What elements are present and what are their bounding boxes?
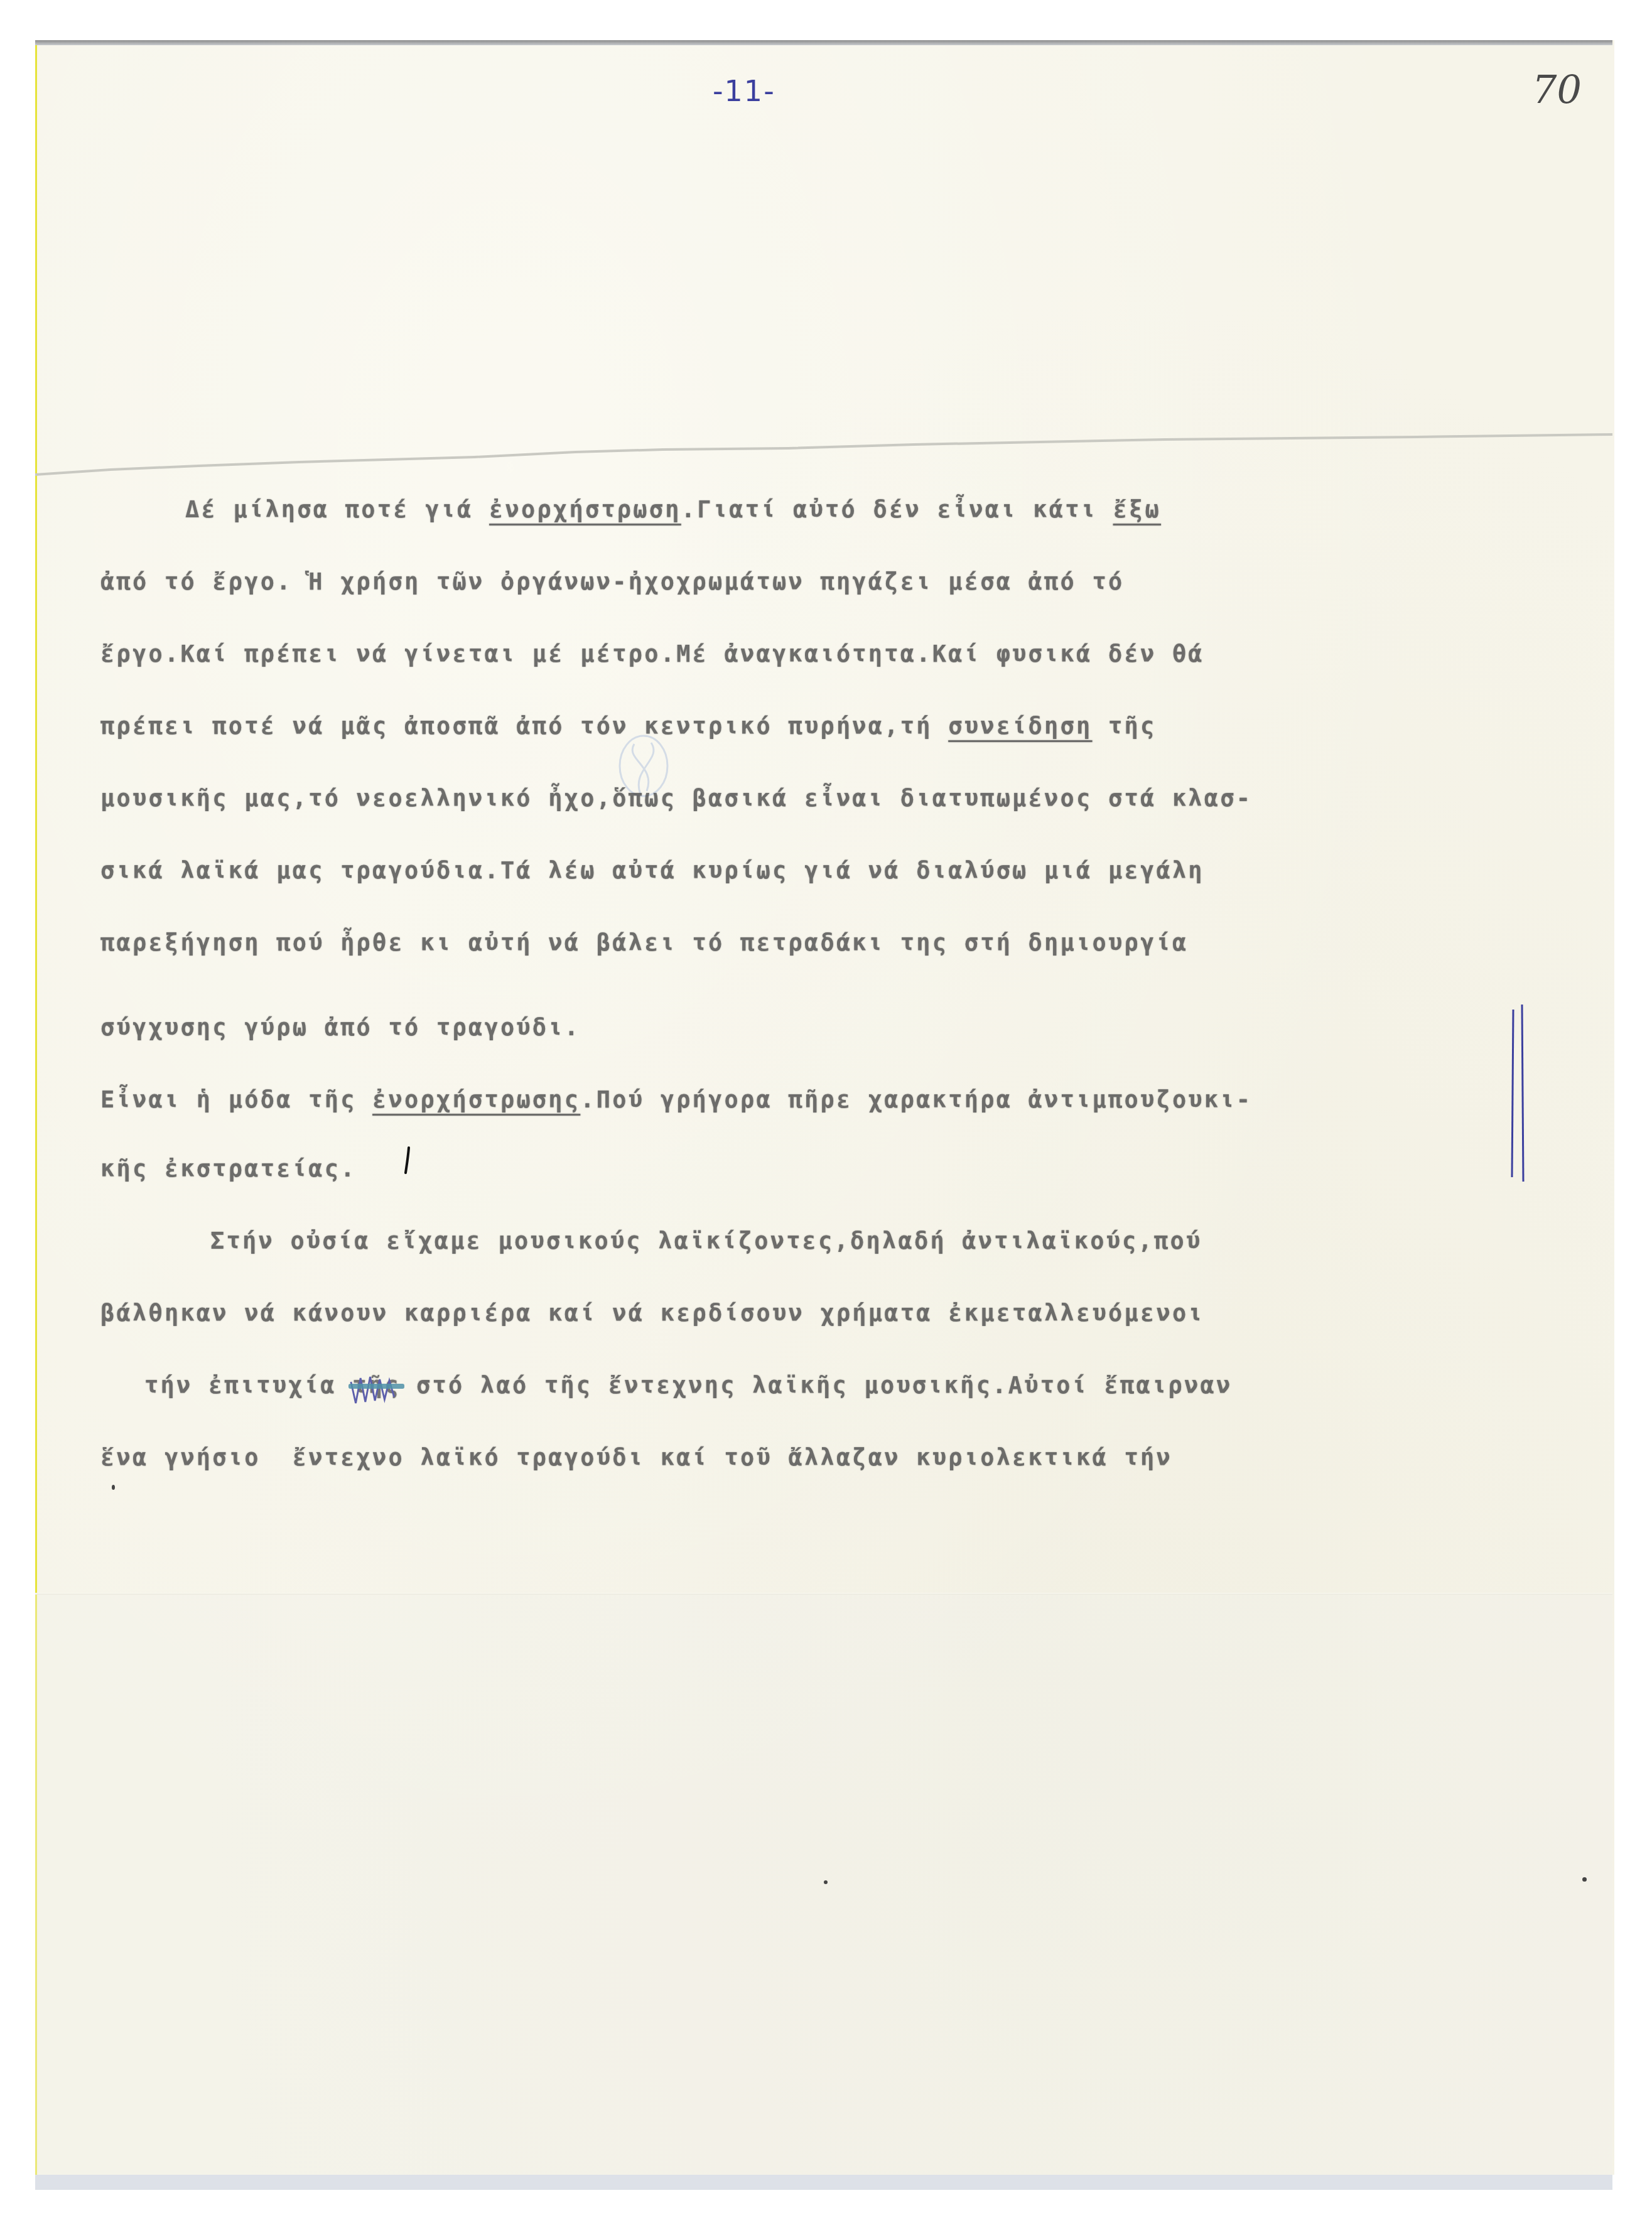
text-segment: τήν ἐπιτυχία <box>144 1372 352 1399</box>
underlined-word: ἐνορχήστρωσης <box>372 1086 580 1113</box>
typed-line: πρέπει ποτέ νά μᾶς ἀποσπᾶ ἀπό τόν κεντρι… <box>100 713 1156 740</box>
page-top-edge-shadow <box>35 40 1612 45</box>
text-segment: μουσικῆς μας,τό νεοελληνικό ἦχο,ὅπως βασ… <box>100 785 1252 812</box>
text-segment: στό λαό τῆς ἔντεχνης λαϊκῆς μουσικῆς.Αὐτ… <box>401 1372 1233 1399</box>
text-segment: ἕνα γνήσιο ἔντεχνο λαϊκό τραγούδι καί το… <box>100 1444 1172 1471</box>
text-segment: σικά λαϊκά μας τραγούδια.Τά λέω αὐτά κυρ… <box>100 857 1204 884</box>
scribble-icon <box>350 1369 397 1404</box>
underlined-word: ἐνορχήστρωση <box>489 496 681 523</box>
typed-line: Δέ μίλησα ποτέ γιά ἐνορχήστρωση.Γιατί αὐ… <box>185 496 1161 523</box>
text-segment: βάλθηκαν νά κάνουν καρριέρα καί νά κερδί… <box>100 1300 1204 1327</box>
text-segment: πρέπει ποτέ νά μᾶς ἀποσπᾶ ἀπό τόν κεντρι… <box>100 713 948 740</box>
text-segment: .Γιατί αὐτό δέν εἶναι κάτι <box>681 496 1113 523</box>
typed-line: ἀπό τό ἔργο. Ἡ χρήση τῶν ὀργάνων-ἠχοχρωμ… <box>100 568 1124 595</box>
typed-line: βάλθηκαν νά κάνουν καρριέρα καί νά κερδί… <box>100 1300 1204 1327</box>
typed-line: Εἶναι ἡ μόδα τῆς ἐνορχήστρωσης.Πού γρήγο… <box>100 1086 1252 1113</box>
typed-line: σύγχυσης γύρω ἀπό τό τραγούδι. <box>100 1014 580 1041</box>
page-marker: -11- <box>713 74 775 108</box>
text-segment: σύγχυσης γύρω ἀπό τό τραγούδι. <box>100 1014 580 1041</box>
paper-speck <box>1582 1877 1587 1882</box>
text-segment: Εἶναι ἡ μόδα τῆς <box>100 1086 372 1113</box>
archive-page-number: 70 <box>1532 67 1582 112</box>
text-segment: Στήν οὐσία εἴχαμε μουσικούς λαϊκίζοντες,… <box>210 1227 1202 1254</box>
text-segment: ἀπό τό ἔργο. Ἡ χρήση τῶν ὀργάνων-ἠχοχρωμ… <box>100 568 1124 595</box>
typed-line: τήν ἐπιτυχία τῆς στό λαό τῆς ἔντεχνης λα… <box>144 1372 1232 1399</box>
lower-folded-section <box>35 1595 1612 2175</box>
text-segment: παρεξήγηση πού ἦρθε κι αὐτή νά βάλει τό … <box>100 929 1188 956</box>
text-segment: κῆς ἐκστρατείας. <box>100 1155 357 1182</box>
tick-mark <box>404 1146 411 1174</box>
struck-out-word: τῆς <box>352 1372 400 1399</box>
text-segment: Δέ μίλησα ποτέ γιά <box>185 496 489 523</box>
typed-line: παρεξήγηση πού ἦρθε κι αὐτή νά βάλει τό … <box>100 929 1188 956</box>
typed-line: Στήν οὐσία εἴχαμε μουσικούς λαϊκίζοντες,… <box>210 1227 1202 1254</box>
fold-line <box>35 1593 1612 1595</box>
paper-speck <box>824 1880 828 1884</box>
typed-line: ἕνα γνήσιο ἔντεχνο λαϊκό τραγούδι καί το… <box>100 1444 1172 1471</box>
paper-speck <box>112 1485 115 1490</box>
typed-line: μουσικῆς μας,τό νεοελληνικό ἦχο,ὅπως βασ… <box>100 785 1252 812</box>
text-segment: ἔργο.Καί πρέπει νά γίνεται μέ μέτρο.Μέ ἀ… <box>100 640 1204 667</box>
text-segment: .Πού γρήγορα πῆρε χαρακτήρα ἀντιμπουζουκ… <box>580 1086 1252 1113</box>
page-bottom-edge <box>35 2175 1612 2190</box>
margin-double-line-mark <box>1506 1005 1531 1183</box>
underlined-word: ἔξω <box>1113 496 1161 523</box>
typed-line: σικά λαϊκά μας τραγούδια.Τά λέω αὐτά κυρ… <box>100 857 1204 884</box>
underlined-word: συνείδηση <box>948 713 1092 740</box>
text-segment: τῆς <box>1093 713 1157 740</box>
typed-line: ἔργο.Καί πρέπει νά γίνεται μέ μέτρο.Μέ ἀ… <box>100 640 1204 667</box>
typed-line: κῆς ἐκστρατείας. <box>100 1155 357 1182</box>
